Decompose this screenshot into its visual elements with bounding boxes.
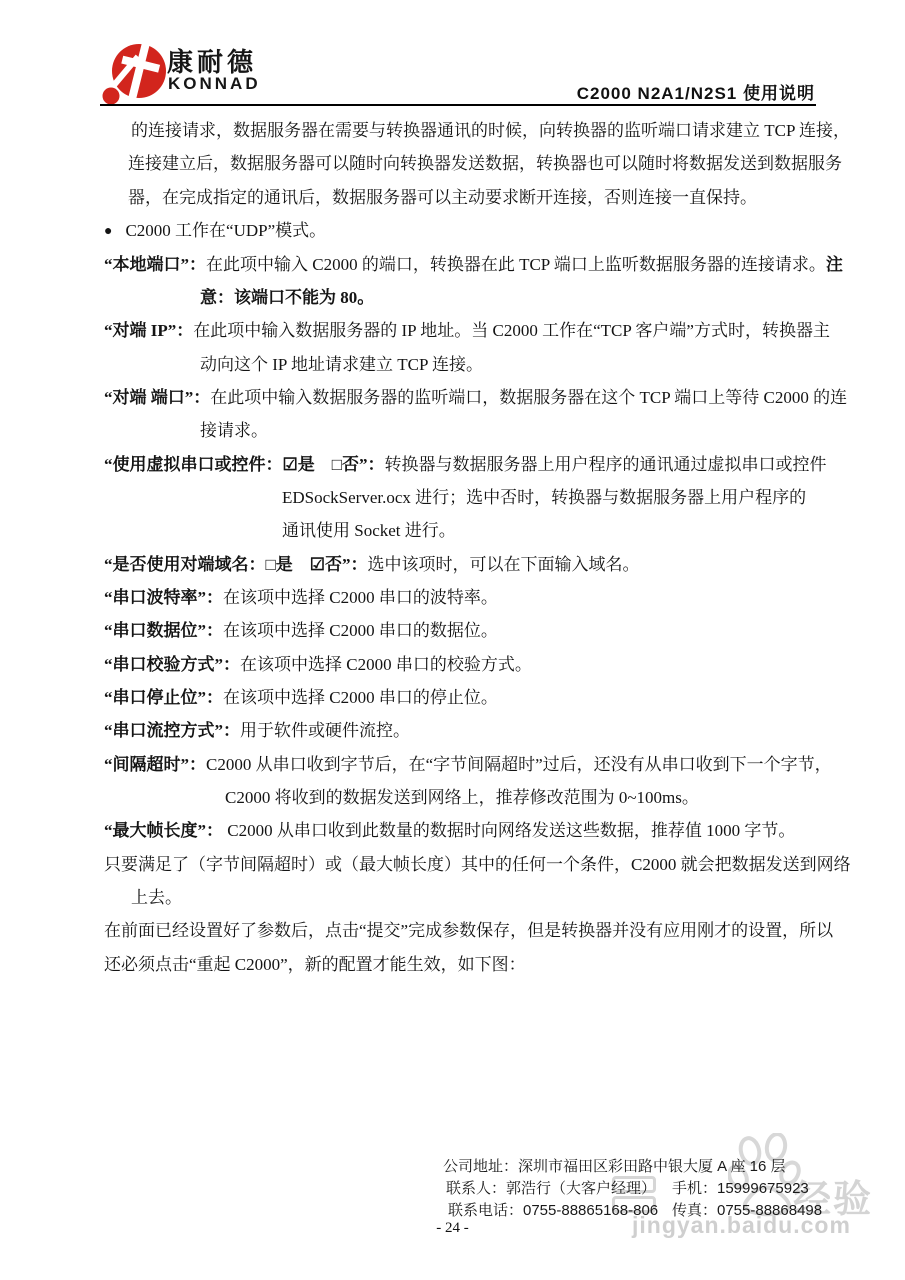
header-divider bbox=[100, 104, 816, 106]
text-line: 器，在完成指定的通讯后，数据服务器可以主动要求断开连接，否则连接一直保持。 bbox=[128, 188, 757, 207]
text-line: 还必须点击“重起 C2000”，新的配置才能生效，如下图： bbox=[104, 955, 526, 974]
text-line: 上去。 bbox=[131, 888, 182, 907]
text-line: 只要满足了（字节间隔超时）或（最大帧长度）其中的任何一个条件，C2000 就会把… bbox=[104, 855, 851, 874]
text-line: “串口数据位”：在该项中选择 C2000 串口的数据位。 bbox=[104, 621, 498, 640]
text-line: “对端 IP”：在此项中输入数据服务器的 IP 地址。当 C2000 工作在“T… bbox=[104, 321, 830, 340]
text-line: “间隔超时”：C2000 从串口收到字节后，在“字节间隔超时”过后，还没有从串口… bbox=[104, 755, 832, 774]
text-line: “对端 端口”：在此项中输入数据服务器的监听端口，数据服务器在这个 TCP 端口… bbox=[104, 388, 847, 407]
footer-mobile: 手机：15999675923 bbox=[672, 1177, 809, 1198]
text-line: “最大帧长度”： C2000 从串口收到此数量的数据时向网络发送这些数据，推荐值… bbox=[104, 821, 795, 840]
brand-name-en: KONNAD bbox=[168, 74, 261, 94]
text-line: 通讯使用 Socket 进行。 bbox=[282, 521, 456, 540]
text-line: “串口波特率”：在该项中选择 C2000 串口的波特率。 bbox=[104, 588, 498, 607]
text-line: “串口校验方式”：在该项中选择 C2000 串口的校验方式。 bbox=[104, 655, 532, 674]
footer-address: 公司地址：深圳市福田区彩田路中银大厦 A 座 16 层 bbox=[443, 1155, 786, 1176]
text-line: 在前面已经设置好了参数后，点击“提交”完成参数保存，但是转换器并没有应用刚才的设… bbox=[104, 921, 833, 940]
text-line: 连接建立后，数据服务器可以随时向转换器发送数据，转换器也可以随时将数据发送到数据… bbox=[128, 154, 842, 173]
text-line: “本地端口”：在此项中输入 C2000 的端口，转换器在此 TCP 端口上监听数… bbox=[104, 255, 843, 274]
text-line: “串口流控方式”：用于软件或硬件流控。 bbox=[104, 721, 410, 740]
text-line-bullet: ●C2000 工作在“UDP”模式。 bbox=[104, 221, 326, 241]
footer-fax: 传真：0755-88868498 bbox=[672, 1199, 822, 1220]
page-number: - 24 - bbox=[0, 1220, 905, 1237]
text-line: 意：该端口不能为 80。 bbox=[200, 288, 374, 307]
document-page: 康耐德 KONNAD C2000 N2A1/N2S1 使用说明 的连接请求，数据… bbox=[0, 0, 905, 1280]
footer-phone: 联系电话：0755-88865168-806 bbox=[448, 1199, 658, 1220]
text-line: 动向这个 IP 地址请求建立 TCP 连接。 bbox=[200, 355, 483, 374]
document-title: C2000 N2A1/N2S1 使用说明 bbox=[577, 79, 815, 104]
text-line: 接请求。 bbox=[200, 421, 268, 440]
footer-contact: 联系人：郭浩行（大客户经理） bbox=[446, 1177, 656, 1198]
konnad-logo-icon bbox=[102, 38, 166, 110]
text-line: “是否使用对端域名：□是 ☑否”：选中该项时，可以在下面输入域名。 bbox=[104, 555, 640, 574]
text-line: “使用虚拟串口或控件：☑是 □否”：转换器与数据服务器上用户程序的通讯通过虚拟串… bbox=[104, 455, 827, 474]
text-line: EDSockServer.ocx 进行；选中否时，转换器与数据服务器上用户程序的 bbox=[282, 488, 806, 507]
text-line: 的连接请求，数据服务器在需要与转换器通讯的时候，向转换器的监听端口请求建立 TC… bbox=[131, 121, 850, 140]
text-line: “串口停止位”：在该项中选择 C2000 串口的停止位。 bbox=[104, 688, 498, 707]
bullet-icon: ● bbox=[104, 222, 112, 241]
text-line: C2000 将收到的数据发送到网络上，推荐修改范围为 0~100ms。 bbox=[225, 788, 699, 807]
